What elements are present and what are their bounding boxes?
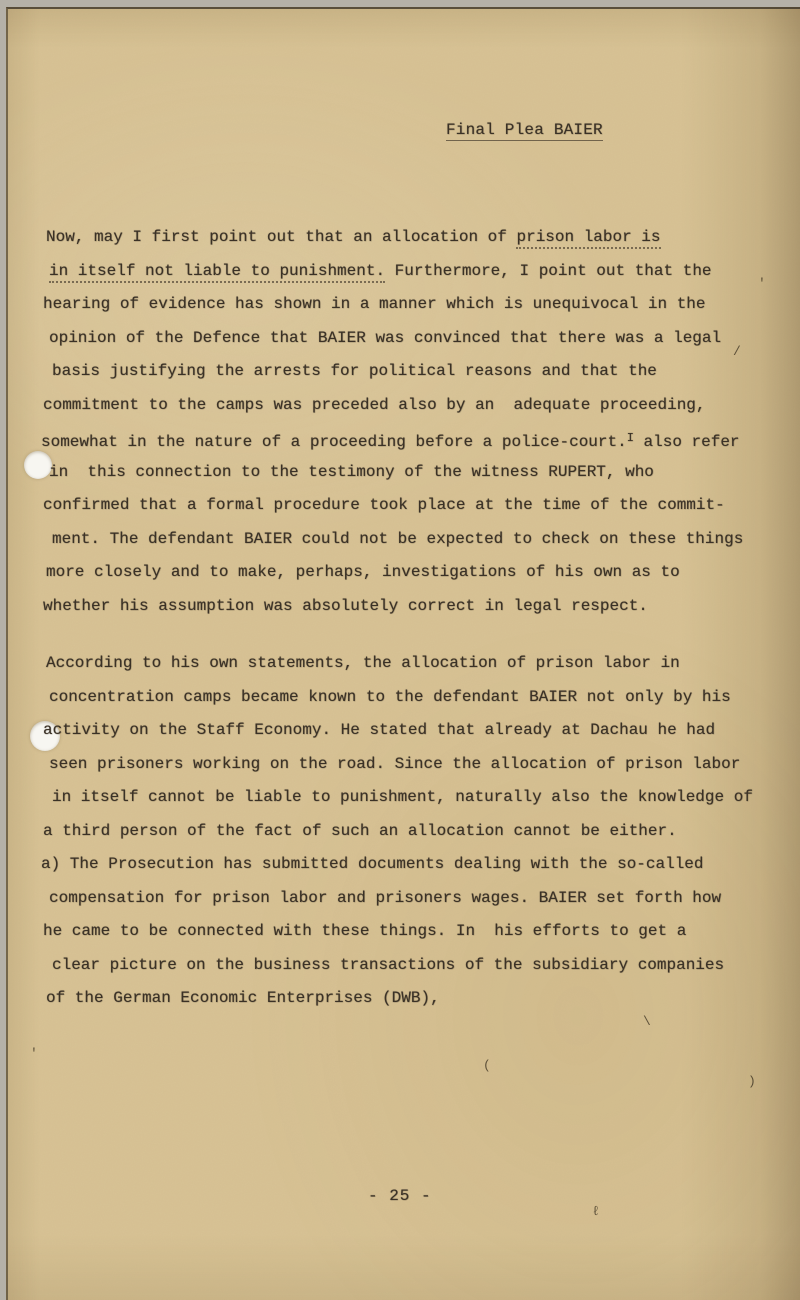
text-segment: somewhat in the nature of a proceeding b… xyxy=(41,433,627,451)
text-segment: of the German Economic Enterprises (DWB)… xyxy=(46,989,440,1007)
document-page: Final Plea BAIER Now, may I first point … xyxy=(6,7,800,1300)
text-line: a third person of the fact of such an al… xyxy=(43,815,791,849)
document-title-text: Final Plea BAIER xyxy=(446,121,603,141)
text-segment: clear picture on the business transactio… xyxy=(52,956,724,974)
text-line: somewhat in the nature of a proceeding b… xyxy=(41,422,791,456)
document-title: Final Plea BAIER xyxy=(446,121,603,139)
text-segment: in this connection to the testimony of t… xyxy=(49,463,654,481)
text-line: basis justifying the arrests for politic… xyxy=(52,355,791,389)
text-segment: a third person of the fact of such an al… xyxy=(43,822,677,840)
text-line: hearing of evidence has shown in a manne… xyxy=(43,288,791,322)
text-segment: activity on the Staff Economy. He stated… xyxy=(43,721,715,739)
page-number: - 25 - xyxy=(368,1187,432,1205)
text-segment: hearing of evidence has shown in a manne… xyxy=(43,295,706,313)
text-segment: also refer xyxy=(634,433,740,451)
text-line: clear picture on the business transactio… xyxy=(52,949,791,983)
text-segment: basis justifying the arrests for politic… xyxy=(52,362,657,380)
paragraph: Now, may I first point out that an alloc… xyxy=(46,221,791,623)
text-line: more closely and to make, perhaps, inves… xyxy=(46,556,791,590)
text-segment: a) The Prosecution has submitted documen… xyxy=(41,855,704,873)
text-segment: Furthermore, I point out that the xyxy=(385,262,711,280)
text-line: he came to be connected with these thing… xyxy=(43,915,791,949)
text-line: seen prisoners working on the road. Sinc… xyxy=(49,748,791,782)
text-segment: confirmed that a formal procedure took p… xyxy=(43,496,725,514)
text-segment: he came to be connected with these thing… xyxy=(43,922,686,940)
text-line: commitment to the camps was preceded als… xyxy=(43,389,791,423)
underlined-text: in itself not liable to punishment. xyxy=(49,262,385,283)
text-line: in this connection to the testimony of t… xyxy=(49,456,791,490)
text-segment: seen prisoners working on the road. Sinc… xyxy=(49,755,740,773)
text-line: a) The Prosecution has submitted documen… xyxy=(41,848,791,882)
text-segment: opinion of the Defence that BAIER was co… xyxy=(49,329,721,347)
superscript-text: I xyxy=(627,431,634,445)
text-line: confirmed that a formal procedure took p… xyxy=(43,489,791,523)
text-segment: compensation for prison labor and prison… xyxy=(49,889,721,907)
underlined-text: prison labor is xyxy=(516,228,660,249)
text-line: Now, may I first point out that an alloc… xyxy=(46,221,791,255)
text-line: of the German Economic Enterprises (DWB)… xyxy=(46,982,791,1016)
text-line: in itself not liable to punishment. Furt… xyxy=(49,255,791,289)
document-body: Now, may I first point out that an alloc… xyxy=(46,221,791,1040)
text-segment: commitment to the camps was preceded als… xyxy=(43,396,706,414)
text-line: According to his own statements, the all… xyxy=(46,647,791,681)
text-line: opinion of the Defence that BAIER was co… xyxy=(49,322,791,356)
text-segment: concentration camps became known to the … xyxy=(49,688,731,706)
text-segment: whether his assumption was absolutely co… xyxy=(43,597,648,615)
text-segment: ment. The defendant BAIER could not be e… xyxy=(52,530,743,548)
text-segment: According to his own statements, the all… xyxy=(46,654,680,672)
text-line: whether his assumption was absolutely co… xyxy=(43,590,791,624)
text-segment: more closely and to make, perhaps, inves… xyxy=(46,563,680,581)
paragraph: According to his own statements, the all… xyxy=(46,647,791,1016)
text-segment: in itself cannot be liable to punishment… xyxy=(52,788,753,806)
text-line: compensation for prison labor and prison… xyxy=(49,882,791,916)
text-line: activity on the Staff Economy. He stated… xyxy=(43,714,791,748)
scanned-document: Final Plea BAIER Now, may I first point … xyxy=(0,0,800,1300)
text-segment: Now, may I first point out that an alloc… xyxy=(46,228,516,246)
text-line: concentration camps became known to the … xyxy=(49,681,791,715)
text-line: in itself cannot be liable to punishment… xyxy=(52,781,791,815)
text-line: ment. The defendant BAIER could not be e… xyxy=(52,523,791,557)
